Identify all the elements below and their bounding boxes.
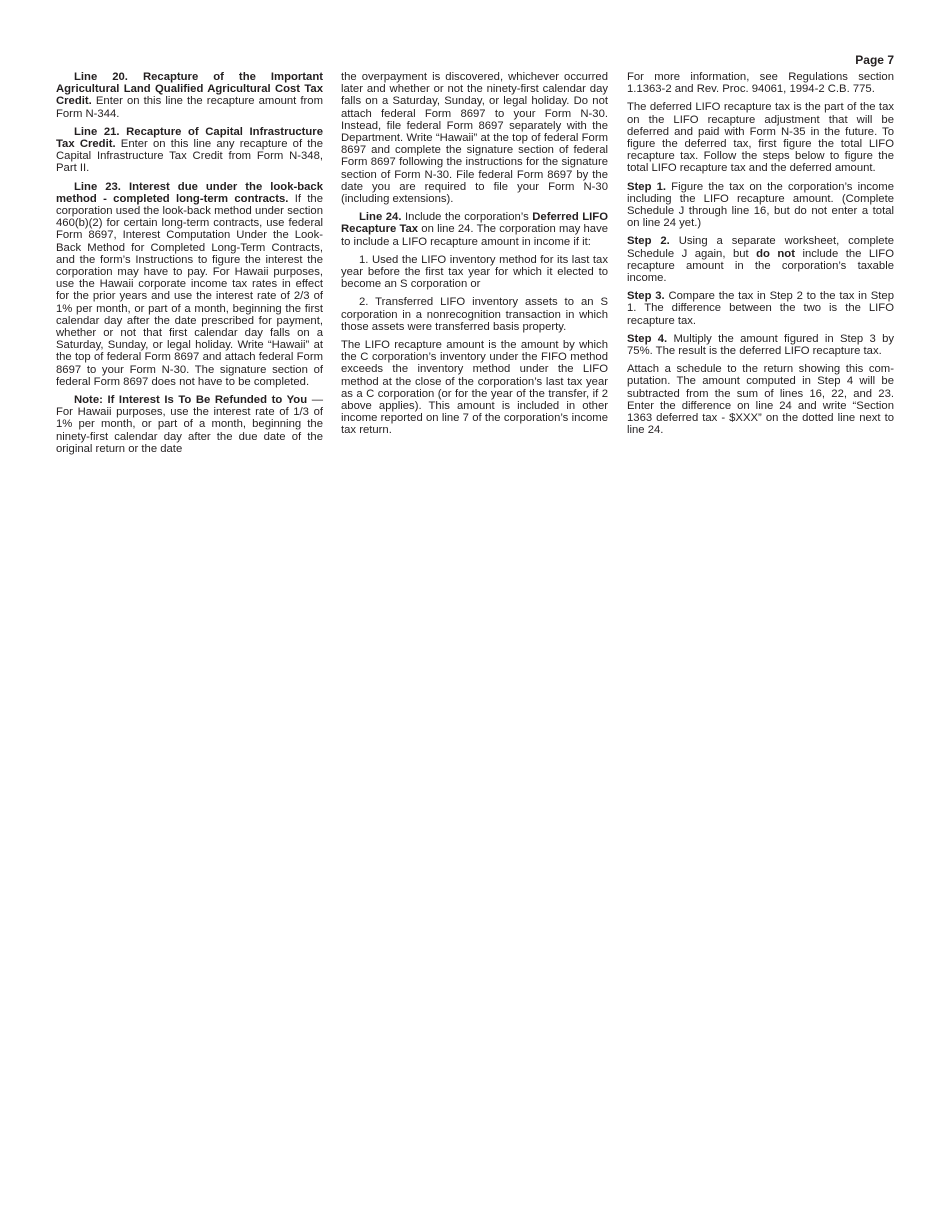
step-1-paragraph: Step 1. Figure the tax on the corporatio… [627,181,894,230]
more-info-paragraph: For more information, see Regulations se… [627,71,894,95]
page-number: Page 7 [855,53,894,67]
line-23-heading: Line 23. Interest due under the look-bac… [56,181,323,205]
step-3-paragraph: Step 3. Compare the tax in Step 2 to the… [627,290,894,327]
list-item-1: 1. Used the LIFO inventory method for it… [341,254,608,291]
step-2-paragraph: Step 2. Using a separate worksheet, comp… [627,235,894,284]
line-21-paragraph: Line 21. Recapture of Capital Infrastruc… [56,126,323,175]
step-4-paragraph: Step 4. Multiply the amount figured in S… [627,333,894,357]
line-24-heading: Line 24. [359,211,401,223]
refund-note-paragraph: Note: If Interest Is To Be Refunded to Y… [56,394,323,455]
list-item-2: 2. Transferred LIFO inventory assets to … [341,296,608,333]
overpayment-continued-paragraph: the overpayment is discovered, whichever… [341,71,608,205]
lifo-recapture-amount-paragraph: The LIFO recapture amount is the amount … [341,339,608,437]
line-23-paragraph: Line 23. Interest due under the look-bac… [56,181,323,388]
refund-note-heading: Note: If Interest Is To Be Refunded to Y… [74,394,307,406]
column-3: For more information, see Regulations se… [627,71,894,442]
line-20-paragraph: Line 20. Recapture of the Important Agri… [56,71,323,120]
deferred-tax-paragraph: The deferred LIFO recapture tax is the p… [627,101,894,174]
attach-schedule-paragraph: Attach a schedule to the return showing … [627,363,894,436]
column-1: Line 20. Recapture of the Important Agri… [56,71,323,461]
line-24-paragraph: Line 24. Include the corporation’s Defer… [341,211,608,248]
column-2: the overpayment is discovered, whichever… [341,71,608,443]
